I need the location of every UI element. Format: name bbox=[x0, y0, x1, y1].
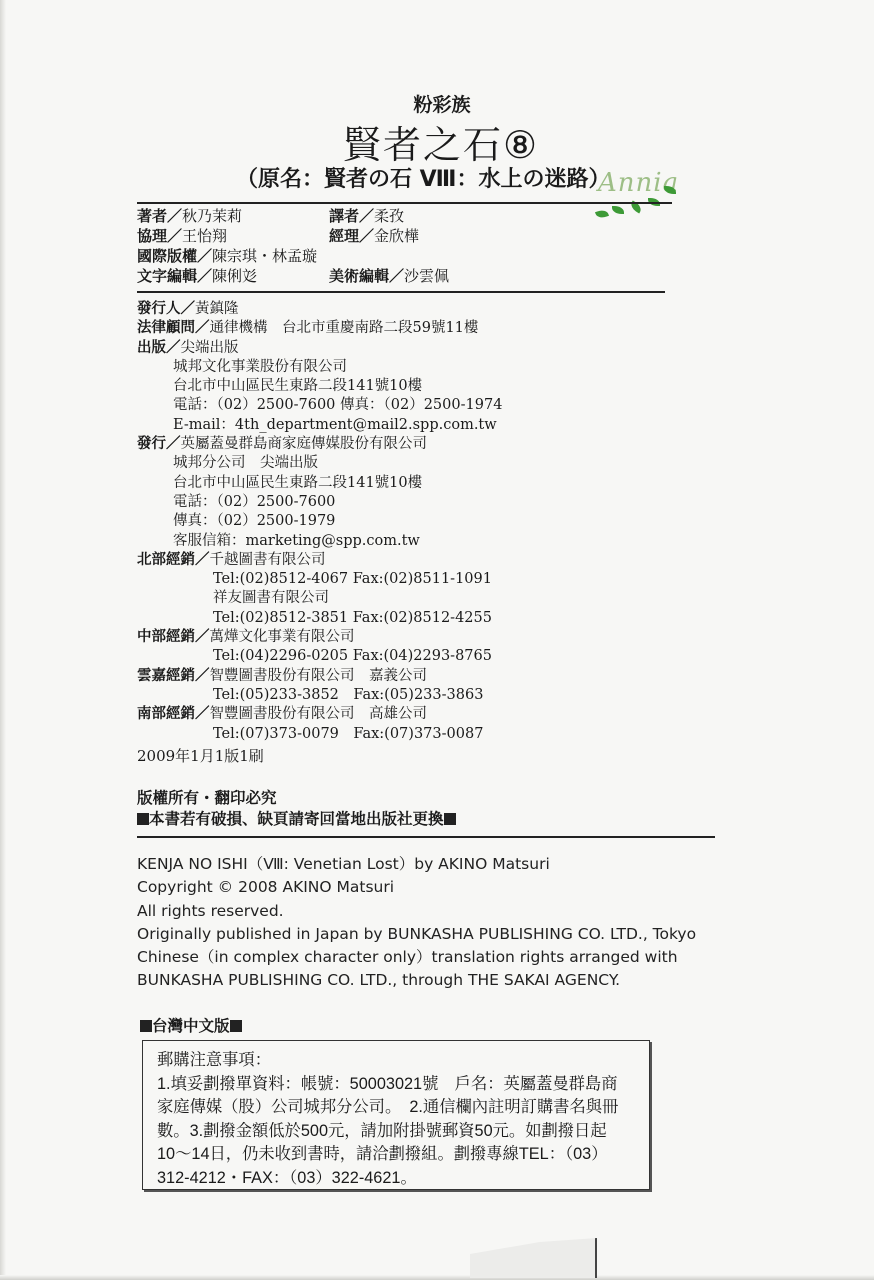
black-square-icon bbox=[137, 813, 149, 825]
notice-title: 郵購注意事項： bbox=[157, 1049, 639, 1073]
black-square-icon bbox=[444, 813, 456, 825]
credit-value: 陳俐彣 bbox=[212, 267, 257, 285]
publisher-value: 黃鎮隆 bbox=[195, 301, 239, 317]
yunjia-value: 智豐圖書股份有限公司 嘉義公司 bbox=[210, 668, 428, 684]
original-title: （原名：賢者の石 Ⅷ：水上の迷路） bbox=[236, 162, 610, 193]
notice-line: 數。3.劃撥金額低於500元，請加附掛號郵資50元。如劃撥日起 bbox=[157, 1120, 639, 1144]
english-line: Chinese（in complex character only）transl… bbox=[137, 946, 696, 969]
credit-value: 柔孜 bbox=[374, 207, 404, 225]
press-line: 電話：（02）2500-7600 傳真：（02）2500-1974 bbox=[137, 396, 502, 415]
credit-value: 陳宗琪・林孟璇 bbox=[212, 247, 317, 265]
credits: 著者／秋乃茉莉 譯者／柔孜 協理／王怡翔 經理／金欣樺 國際版權／陳宗琪・林孟璇… bbox=[137, 206, 677, 286]
notice-line: 家庭傳媒（股）公司城邦分公司。 2.通信欄內註明訂購書名與冊 bbox=[157, 1096, 639, 1120]
central-value: 萬燁文化事業有限公司 bbox=[210, 629, 355, 645]
rights-line: 本書若有破損、缺頁請寄回當地出版社更換 bbox=[149, 810, 444, 828]
divider bbox=[137, 836, 715, 838]
credit-value: 王怡翔 bbox=[182, 227, 227, 245]
south-line: Tel:(07)373-0079 Fax:(07)373-0087 bbox=[137, 725, 502, 744]
credit-label: 美術編輯／ bbox=[329, 267, 404, 285]
series-name: 粉彩族 bbox=[0, 90, 874, 117]
south-value: 智豐圖書股份有限公司 高雄公司 bbox=[210, 706, 428, 722]
press-value: 尖端出版 bbox=[181, 340, 239, 356]
black-square-icon bbox=[230, 1020, 242, 1032]
yunjia-line: Tel:(05)233-3852 Fax:(05)233-3863 bbox=[137, 686, 502, 705]
south-label: 南部經銷／ bbox=[137, 706, 210, 722]
notice-line: 1.填妥劃撥單資料：帳號：50003021號 戶名：英屬蓋曼群島商 bbox=[157, 1073, 639, 1097]
annia-signature: Annia bbox=[598, 168, 679, 198]
distribution-line: 電話：（02）2500-7600 bbox=[137, 493, 502, 512]
english-line: Copyright © 2008 AKINO Matsuri bbox=[137, 876, 696, 899]
credit-value: 秋乃茉莉 bbox=[182, 207, 242, 225]
english-line: BUNKASHA PUBLISHING CO. LTD., through TH… bbox=[137, 969, 696, 992]
divider bbox=[137, 202, 672, 204]
distribution-line: 城邦分公司 尖端出版 bbox=[137, 454, 502, 473]
credit-value: 沙雲佩 bbox=[404, 267, 449, 285]
north-value: 千越圖書有限公司 bbox=[210, 552, 326, 568]
taiwan-edition-text: 台灣中文版 bbox=[152, 1017, 230, 1035]
page-edge bbox=[0, 0, 6, 1280]
press-label: 出版／ bbox=[137, 340, 181, 356]
credit-label: 協理／ bbox=[137, 227, 182, 245]
press-line: 城邦文化事業股份有限公司 bbox=[137, 358, 502, 377]
credit-label: 譯者／ bbox=[329, 207, 374, 225]
credit-label: 經理／ bbox=[329, 227, 374, 245]
credit-label: 國際版權／ bbox=[137, 247, 212, 265]
north-line: Tel:(02)8512-3851 Fax:(02)8512-4255 bbox=[137, 609, 502, 628]
distribution-value: 英屬蓋曼群島商家庭傳媒股份有限公司 bbox=[181, 436, 428, 452]
north-label: 北部經銷／ bbox=[137, 552, 210, 568]
credit-value: 金欣樺 bbox=[374, 227, 419, 245]
english-line: Originally published in Japan by BUNKASH… bbox=[137, 923, 696, 946]
distribution-label: 發行／ bbox=[137, 436, 181, 452]
mail-order-notice-box: 郵購注意事項： 1.填妥劃撥單資料：帳號：50003021號 戶名：英屬蓋曼群島… bbox=[142, 1040, 650, 1190]
credit-label: 文字編輯／ bbox=[137, 267, 212, 285]
press-line: 台北市中山區民生東路二段141號10樓 bbox=[137, 377, 502, 396]
distribution-line: 台北市中山區民生東路二段141號10樓 bbox=[137, 474, 502, 493]
north-line: Tel:(02)8512-4067 Fax:(02)8511-1091 bbox=[137, 570, 502, 589]
book-title: 賢者之石⑧ bbox=[0, 114, 874, 169]
edition-date: 2009年1月1版1刷 bbox=[137, 745, 264, 766]
notice-line: 10～14日，仍未收到書時，請洽劃撥組。劃撥專線TEL：（03） bbox=[157, 1143, 639, 1167]
north-line: 祥友圖書有限公司 bbox=[137, 589, 502, 608]
distribution-line: 傳真：（02）2500-1979 bbox=[137, 512, 502, 531]
legal-label: 法律顧問／ bbox=[137, 320, 210, 336]
publisher-label: 發行人／ bbox=[137, 301, 195, 317]
rights-line: 版權所有・翻印必究 bbox=[137, 788, 456, 809]
page-edge bbox=[0, 1275, 874, 1280]
central-line: Tel:(04)2296-0205 Fax:(04)2293-8765 bbox=[137, 647, 502, 666]
taiwan-edition-label: 台灣中文版 bbox=[140, 1014, 242, 1036]
central-label: 中部經銷／ bbox=[137, 629, 210, 645]
distribution-email: 客服信箱：marketing@spp.com.tw bbox=[137, 532, 502, 551]
credit-label: 著者／ bbox=[137, 207, 182, 225]
english-line: All rights reserved. bbox=[137, 900, 696, 923]
legal-value: 通律機構 台北市重慶南路二段59號11樓 bbox=[210, 320, 479, 336]
yunjia-label: 雲嘉經銷／ bbox=[137, 668, 210, 684]
english-line: KENJA NO ISHI（Ⅷ: Venetian Lost）by AKINO … bbox=[137, 853, 696, 876]
divider bbox=[137, 291, 665, 293]
black-square-icon bbox=[140, 1020, 152, 1032]
rights-notice: 版權所有・翻印必究 本書若有破損、缺頁請寄回當地出版社更換 bbox=[137, 788, 456, 830]
english-copyright: KENJA NO ISHI（Ⅷ: Venetian Lost）by AKINO … bbox=[137, 853, 696, 993]
press-email: E-mail：4th_department@mail2.spp.com.tw bbox=[137, 416, 502, 435]
torn-corner bbox=[470, 1238, 597, 1278]
publishing-info: 發行人／黃鎮隆 法律顧問／通律機構 台北市重慶南路二段59號11樓 出版／尖端出… bbox=[137, 300, 502, 744]
notice-line: 312-4212・FAX：（03）322-4621。 bbox=[157, 1167, 639, 1191]
